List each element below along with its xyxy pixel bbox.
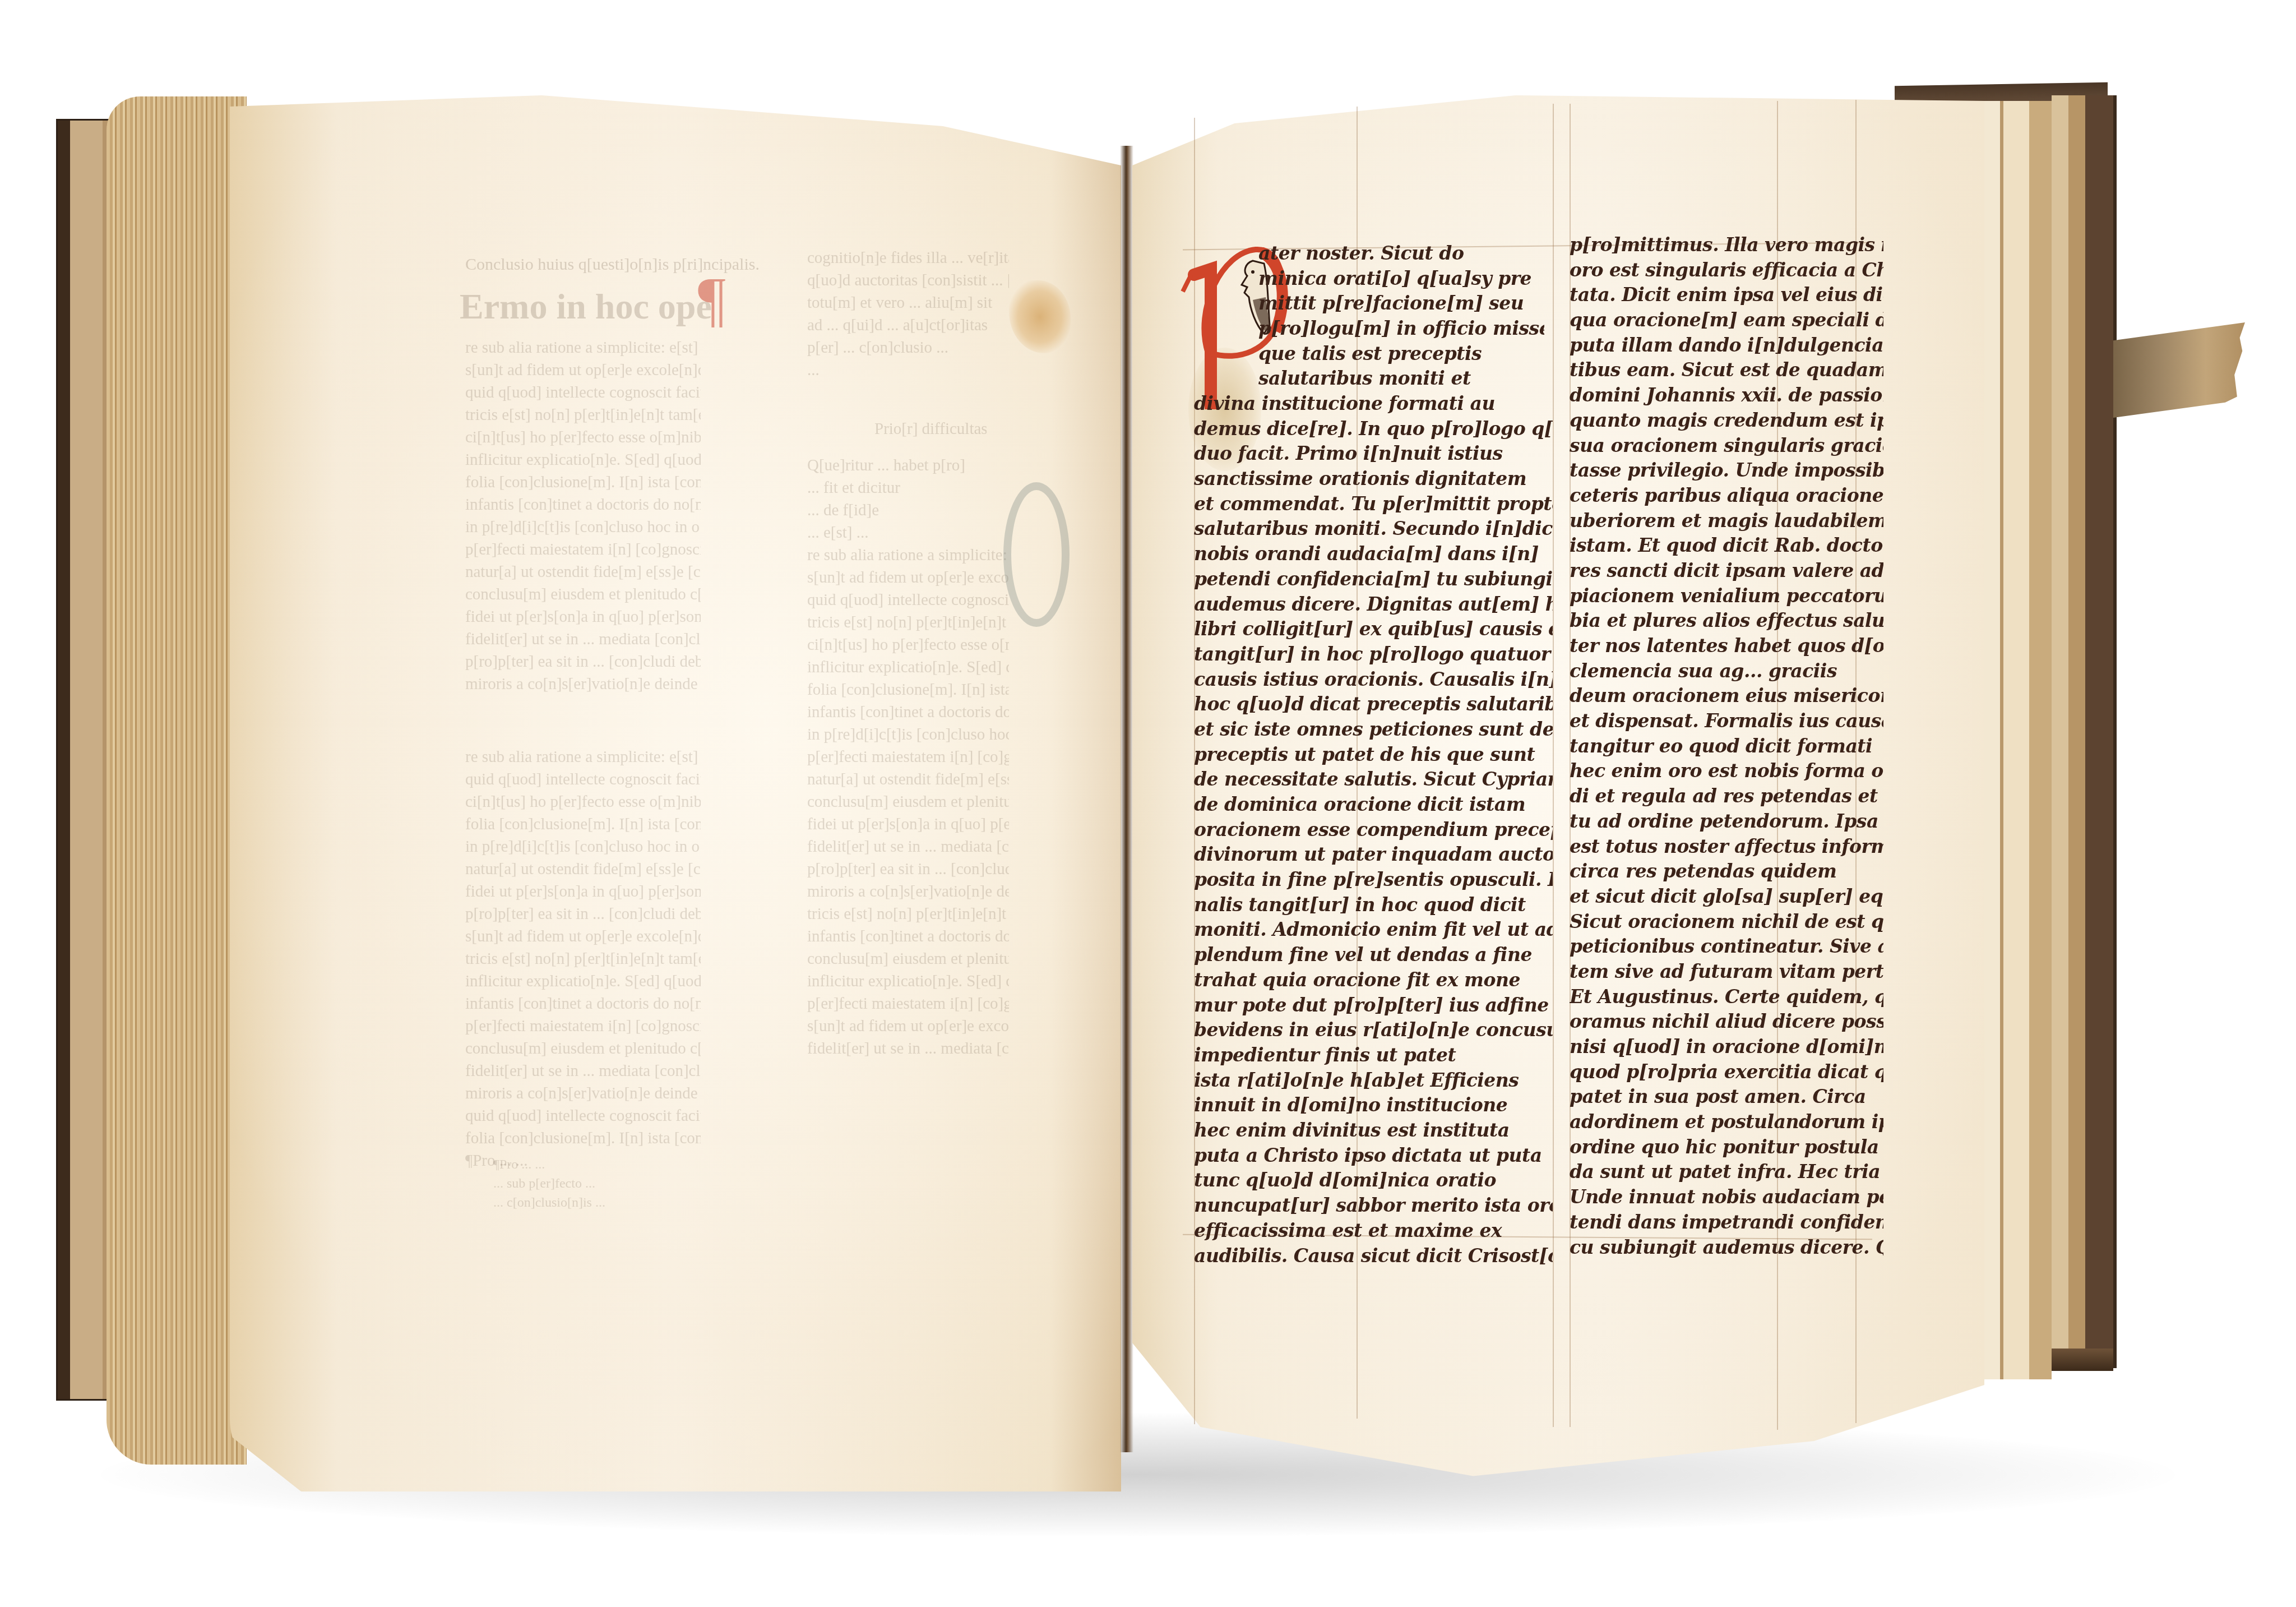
show-through-rubric-mark: ¶ <box>698 264 726 335</box>
manuscript-line: hoc q[uo]d dicat preceptis salutaribus <box>1194 692 1553 717</box>
manuscript-line: tata. Dicit enim ipsa vel eius dictans a… <box>1570 283 1883 308</box>
manuscript-line: sanctissime orationis dignitatem <box>1194 467 1553 492</box>
left-text-block-edge <box>107 96 247 1465</box>
manuscript-column-1-bottom: audibilis. Causa sicut dicit Crisost[omu… <box>1194 1244 1553 1546</box>
manuscript-line: sua oracionem singularis gracie do <box>1570 433 1883 459</box>
manuscript-line: patet in sua post amen. Circa <box>1570 1084 1883 1110</box>
manuscript-line: nalis tangit[ur] in hoc quod dicit <box>1194 893 1553 918</box>
manuscript-line: tibus eam. Sicut est de quadam oroe <box>1570 358 1883 383</box>
manuscript-line: puta a Christo ipso dictata ut puta <box>1194 1143 1553 1169</box>
manuscript-line: libri colligit[ur] ex quib[us] causis et <box>1194 617 1553 642</box>
manuscript-line: oracionem esse compendium preceptorum <box>1194 818 1553 843</box>
manuscript-line: p[ro]logu[m] in officio misse <box>1258 316 1544 341</box>
manuscript-line: trahat quia oracione fit ex mone <box>1194 968 1553 993</box>
manuscript-line: tendi dans impetrandi confidenciam <box>1570 1210 1883 1235</box>
manuscript-line: domini Johannis xxii. de passione <box>1570 383 1883 408</box>
show-through-initial <box>1003 482 1070 627</box>
manuscript-line: nisi q[uod] in oracione d[omi]nica posit… <box>1570 1035 1883 1060</box>
manuscript-line: et sic iste omnes peticiones sunt de <box>1194 717 1553 742</box>
manuscript-line: di et regula ad res petendas et qu[ia] <box>1570 784 1883 809</box>
manuscript-line: clemencia sua ag... graciis <box>1570 659 1883 684</box>
manuscript-line: plendum fine vel ut dendas a fine <box>1194 943 1553 968</box>
manuscript-line: qua oracione[m] eam speciali dotat graci… <box>1570 308 1883 333</box>
manuscript-line: ceteris paribus aliqua oracione esse <box>1570 483 1883 509</box>
manuscript-line: moniti. Admonicio enim fit vel ut ad i[m… <box>1194 917 1553 943</box>
manuscript-line: ter nos latentes habet quos d[omi]nus <box>1570 634 1883 659</box>
manuscript-line: istam. Et quod dicit Rab. doctor <box>1570 533 1883 558</box>
manuscript-line: posita in fine p[re]sentis opusculi. Fi <box>1194 867 1553 893</box>
manuscript-line: causis istius oracionis. Causalis i[n] <box>1194 667 1553 692</box>
right-text-block-edge <box>1973 101 2052 1379</box>
manuscript-line: quod p[ro]pria exercitia dicat quem <box>1570 1060 1883 1085</box>
manuscript-line: tu ad ordine petendorum. Ipsa enim ipsa <box>1570 809 1883 834</box>
manuscript-line: petendi confidencia[m] tu subiungit <box>1194 567 1553 592</box>
manuscript-line: circa res petendas quidem <box>1570 859 1883 884</box>
manuscript-line: Unde innuat nobis audaciam per <box>1570 1185 1883 1210</box>
manuscript-column-2: p[ro]mittimus. Illa vero magis ista oro … <box>1570 233 1883 1270</box>
manuscript-line: Et Augustinus. Certe quidem, quod sunt <box>1570 985 1883 1010</box>
manuscript-line: cu subiungit audemus dicere. Quia <box>1570 1235 1883 1260</box>
manuscript-line: tunc q[uo]d d[omi]nica oratio <box>1194 1168 1553 1193</box>
manuscript-line: piacionem venialium peccatorum. Per du <box>1570 584 1883 609</box>
manuscript-line: salutaribus moniti. Secundo i[n]dicit <box>1194 516 1553 542</box>
manuscript-line: quanto magis credendum est ipsum <box>1570 408 1883 433</box>
manuscript-line: deum oracionem eius misericordie inflict <box>1570 684 1883 709</box>
manuscript-line: res sancti dicit ipsam valere ad ex <box>1570 558 1883 584</box>
manuscript-line: salutaribus moniti et <box>1258 366 1544 391</box>
show-through-subheading: Prio[r] difficultas. <box>874 418 987 440</box>
manuscript-line: ista r[ati]o[n]e h[ab]et Efficiens <box>1194 1068 1553 1093</box>
manuscript-line: puta illam dando i[n]dulgencia due <box>1570 333 1883 358</box>
manuscript-line: divinorum ut pater inquadam auctoritate <box>1194 842 1553 867</box>
show-through-column-2: Q[ue]ritur ... habet p[ro] ... fit et di… <box>807 454 1009 1295</box>
manuscript-line: de necessitate salutis. Sicut Cyprianus … <box>1194 767 1553 792</box>
manuscript-line: peticionibus contineatur. Sive ad p[re]n <box>1570 934 1883 959</box>
manuscript-line: hec enim oro est nobis forma ora <box>1570 759 1883 784</box>
manuscript-line: de dominica oracione dicit istam <box>1194 792 1553 818</box>
manuscript-line: et dispensat. Formalis ius causa <box>1570 709 1883 734</box>
manuscript-line: demus dice[re]. In quo p[ro]logo q[ua]s[… <box>1194 417 1553 442</box>
manuscript-line: innuit in d[omi]no institucione <box>1194 1093 1553 1118</box>
ruling-line <box>1553 104 1554 1427</box>
manuscript-line: minica orati[o] q[ua]sy pre <box>1258 266 1544 292</box>
manuscript-line: et sicut dicit glo[sa] sup[er] eq[ui] <box>1570 884 1883 909</box>
bookmark-tab <box>2113 322 2245 418</box>
manuscript-line: uberiorem et magis laudabilem q[uam] <box>1570 509 1883 534</box>
manuscript-line: mittit p[re]facione[m] seu <box>1258 291 1544 316</box>
manuscript-line: tangit[ur] in hoc p[ro]logo quatuor <box>1194 642 1553 667</box>
manuscript-line: nobis orandi audacia[m] dans i[n] <box>1194 542 1553 567</box>
manuscript-line: oro est singularis efficacia a Christo d… <box>1570 258 1883 283</box>
show-through-column-1: re sub alia ratione a simplicite: e[st] … <box>465 336 701 740</box>
book-photograph: Conclusio huius q[uesti]o[n]is p[ri]ncip… <box>0 0 2296 1607</box>
manuscript-line: ordine quo hic ponitur postula <box>1570 1135 1883 1160</box>
manuscript-line: divina institucione formati au <box>1194 391 1553 417</box>
manuscript-line: audemus dicere. Dignitas aut[em] huius <box>1194 592 1553 617</box>
manuscript-line: p[ro]mittimus. Illa vero magis ista <box>1570 233 1883 258</box>
right-cover-board <box>2052 95 2117 1368</box>
book-gutter <box>1120 146 1133 1452</box>
manuscript-line: Sicut oracionem nichil de est q[uo]d hys <box>1570 909 1883 935</box>
manuscript-line: duo facit. Primo i[n]nuit istius <box>1194 441 1553 467</box>
manuscript-line: hec enim divinitus est instituta <box>1194 1118 1553 1143</box>
manuscript-line: audibilis. Causa sicut dicit Crisost[omu… <box>1194 1244 1553 1269</box>
manuscript-line: tasse privilegio. Unde impossibile est <box>1570 458 1883 483</box>
manuscript-line: oramus nichil aliud dicere possumus <box>1570 1009 1883 1035</box>
manuscript-column-1: divina institucione formati au demus dic… <box>1194 391 1553 1244</box>
show-through-column-2-top: cognitio[n]e fides illa ... ve[r]itas q[… <box>807 247 1009 392</box>
show-through-heading: Ermo in hoc ope <box>460 286 712 327</box>
manuscript-line: bia et plures alios effectus salubri <box>1570 608 1883 634</box>
manuscript-line: efficacissima est et maxime ex <box>1194 1218 1553 1244</box>
manuscript-line: adordinem et postulandorum ipsa <box>1570 1110 1883 1135</box>
manuscript-line: impedientur finis ut patet <box>1194 1043 1553 1068</box>
manuscript-line: nuncupat[ur] sabbor merito ista oro <box>1194 1193 1553 1218</box>
manuscript-line: tangitur eo quod dicit formati <box>1570 734 1883 759</box>
manuscript-line: que talis est preceptis <box>1258 341 1544 367</box>
manuscript-line: da sunt ut patet infra. Hec tria <box>1570 1160 1883 1185</box>
manuscript-line: tem sive ad futuram vitam pertineat <box>1570 959 1883 985</box>
manuscript-line: est totus noster affectus informandus <box>1570 834 1883 860</box>
manuscript-line: ater noster. Sicut do <box>1258 241 1544 266</box>
manuscript-line: preceptis ut patet de his que sunt <box>1194 742 1553 768</box>
manuscript-line: mur pote dut p[ro]p[ter] ius adfine <box>1194 993 1553 1018</box>
show-through-footer: ¶Pro ... ... ... sub p[er]fecto ... ... … <box>493 1155 695 1228</box>
manuscript-line: et commendat. Tu p[er]mittit propter <box>1194 492 1553 517</box>
manuscript-line: bevidens in eius r[ati]o[n]e concusud <box>1194 1018 1553 1043</box>
